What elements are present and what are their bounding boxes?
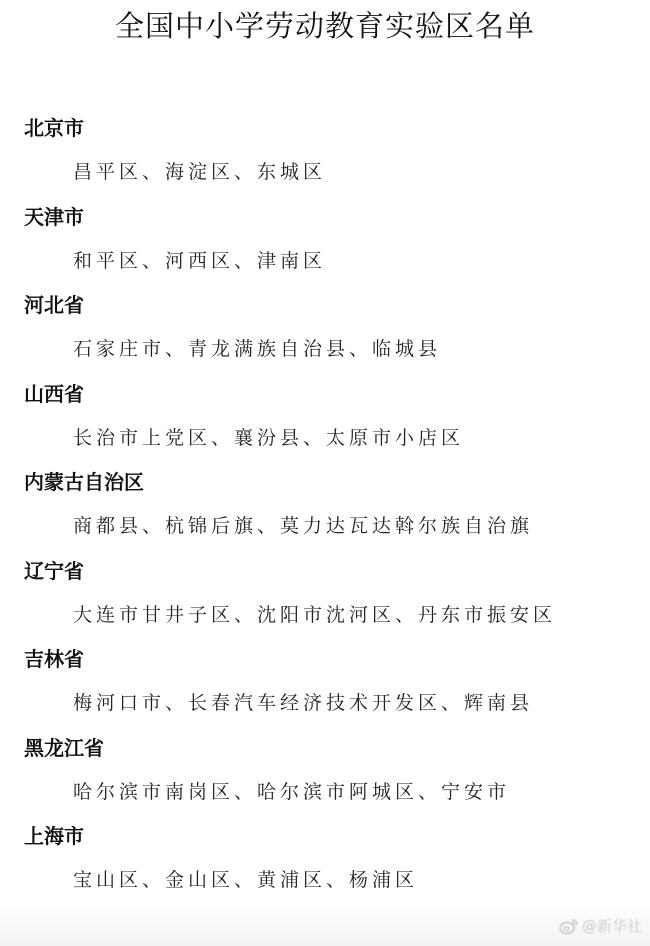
region-item: 内蒙古自治区 商都县、杭锦后旗、莫力达瓦达斡尔族自治旗 (0, 468, 650, 557)
region-item: 北京市 昌平区、海淀区、东城区 (0, 114, 650, 203)
region-item: 辽宁省 大连市甘井子区、沈阳市沈河区、丹东市振安区 (0, 557, 650, 646)
region-districts: 昌平区、海淀区、东城区 (73, 158, 326, 186)
region-item: 山西省 长治市上党区、襄汾县、太原市小店区 (0, 380, 650, 469)
region-districts: 哈尔滨市南岗区、哈尔滨市阿城区、宁安市 (73, 778, 510, 806)
region-name: 北京市 (24, 114, 84, 142)
region-name: 辽宁省 (24, 557, 84, 585)
region-districts: 宝山区、金山区、黄浦区、杨浦区 (73, 866, 418, 894)
region-item: 天津市 和平区、河西区、津南区 (0, 203, 650, 292)
region-districts: 石家庄市、青龙满族自治县、临城县 (73, 335, 441, 363)
watermark-text: @新华社 (582, 915, 642, 936)
region-name: 山西省 (24, 380, 84, 408)
region-item: 上海市 宝山区、金山区、黄浦区、杨浦区 (0, 822, 650, 911)
region-name: 吉林省 (24, 645, 84, 673)
region-name: 黑龙江省 (24, 734, 104, 762)
region-name: 内蒙古自治区 (24, 468, 144, 496)
footer-fade (0, 906, 650, 946)
region-list: 北京市 昌平区、海淀区、东城区 天津市 和平区、河西区、津南区 河北省 石家庄市… (0, 114, 650, 911)
region-name: 上海市 (24, 822, 84, 850)
region-districts: 和平区、河西区、津南区 (73, 247, 326, 275)
region-districts: 长治市上党区、襄汾县、太原市小店区 (73, 424, 464, 452)
page-title: 全国中小学劳动教育实验区名单 (0, 4, 650, 45)
region-item: 河北省 石家庄市、青龙满族自治县、临城县 (0, 291, 650, 380)
region-districts: 大连市甘井子区、沈阳市沈河区、丹东市振安区 (73, 601, 556, 629)
region-item: 黑龙江省 哈尔滨市南岗区、哈尔滨市阿城区、宁安市 (0, 734, 650, 823)
watermark: @新华社 (559, 915, 642, 936)
region-districts: 梅河口市、长春汽车经济技术开发区、辉南县 (73, 689, 533, 717)
region-item: 吉林省 梅河口市、长春汽车经济技术开发区、辉南县 (0, 645, 650, 734)
weibo-icon (559, 917, 579, 935)
region-districts: 商都县、杭锦后旗、莫力达瓦达斡尔族自治旗 (73, 512, 533, 540)
region-name: 河北省 (24, 291, 84, 319)
region-name: 天津市 (24, 203, 84, 231)
